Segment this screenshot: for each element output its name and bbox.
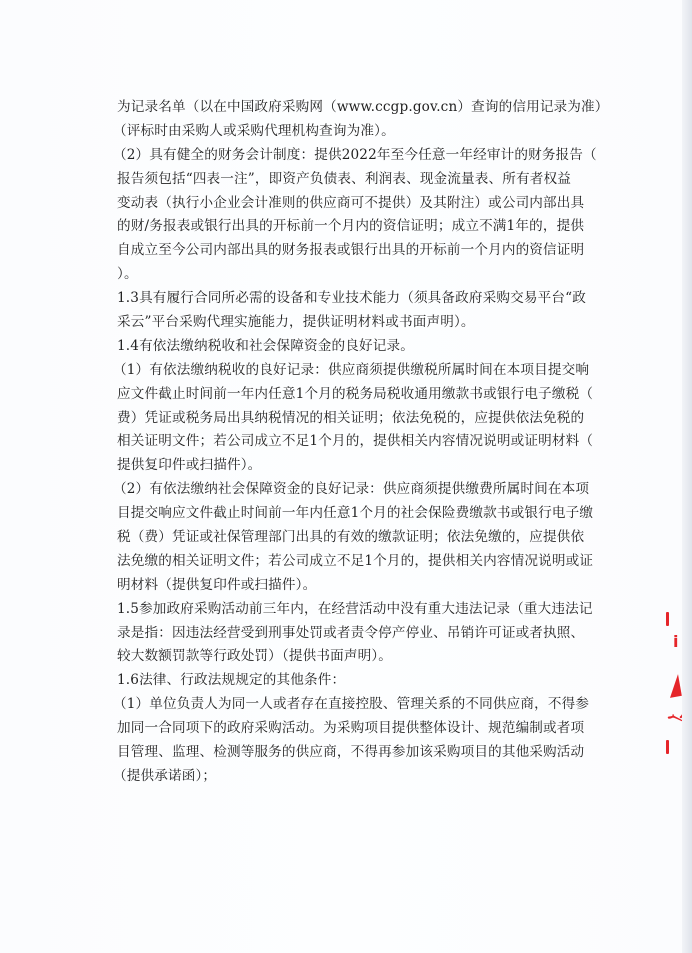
body-line: 法免缴的相关证明文件；若公司成立不足1个月的，提供相关内容情况说明或证 <box>117 550 603 574</box>
body-line: （2）具有健全的财务会计制度：提供2022年至今任意一年经审计的财务报告（ <box>113 144 603 168</box>
body-line: 的财/务报表或银行出具的开标前一个月内的资信证明；成立不满1年的，提供 <box>117 215 603 239</box>
document-body: 为记录名单（以在中国政府采购网（www.ccgp.gov.cn）查询的信用记录为… <box>117 96 603 789</box>
body-line: 加同一合同项下的政府采购活动。为采购项目提供整体设计、规范编制或者项 <box>117 717 603 741</box>
body-line: 采云”平台采购代理实施能力，提供证明材料或书面声明）。 <box>117 311 603 335</box>
section-heading-1-5: 1.5参加政府采购活动前三年内，在经营活动中没有重大违法记录（重大违法记 <box>117 598 603 622</box>
body-line: （评标时由采购人或采购代理机构查询为准）。 <box>113 120 603 144</box>
section-heading-1-4: 1.4有依法缴纳税收和社会保障资金的良好记录。 <box>117 335 603 359</box>
stamp-star-icon <box>666 674 682 698</box>
body-line: 税（费）凭证或社保管理部门出具的有效的缴款证明；依法免缴的，应提供依 <box>117 526 603 550</box>
body-line: 为记录名单（以在中国政府采购网（www.ccgp.gov.cn）查询的信用记录为… <box>117 96 603 120</box>
body-line: 相关证明文件；若公司成立不足1个月的，提供相关内容情况说明或证明材料（ <box>117 430 603 454</box>
body-line: （1）单位负责人为同一人或者存在直接控股、管理关系的不同供应商，不得参 <box>113 693 603 717</box>
scanned-page: 为记录名单（以在中国政府采购网（www.ccgp.gov.cn）查询的信用记录为… <box>0 0 692 953</box>
section-heading-1-6: 1.6法律、行政法规规定的其他条件： <box>117 669 603 693</box>
body-line: 提供复印件或扫描件）。 <box>117 454 603 478</box>
body-line: 较大数额罚款等行政处罚）（提供书面声明）。 <box>117 645 603 669</box>
body-line: （2）有依法缴纳社会保障资金的良好记录：供应商须提供缴费所属时间在本项 <box>113 478 603 502</box>
body-line: 应文件截止时间前一年内任意1个月的税务局税收通用缴款书或银行电子缴税（ <box>117 383 603 407</box>
body-line: 目提交响应文件截止时间前一年内任意1个月的社会保险费缴款书或银行电子缴 <box>117 502 603 526</box>
body-line: 变动表（执行小企业会计准则的供应商可不提供）及其附注）或公司内部出具 <box>117 192 603 216</box>
stamp-mark <box>666 740 669 754</box>
body-line: （1）有依法缴纳税收的良好记录：供应商须提供缴税所属时间在本项目提交响 <box>113 359 603 383</box>
body-line: （提供承诺函）； <box>113 765 603 789</box>
body-line: 自成立至今公司内部出具的财务报表或银行出具的开标前一个月内的资信证明 <box>117 239 603 263</box>
body-line: ）。 <box>117 263 603 287</box>
stamp-glyph: i <box>673 632 678 651</box>
body-line: 报告须包括“四表一注”，即资产负债表、利润表、现金流量表、所有者权益 <box>117 168 603 192</box>
body-line: 目管理、监理、检测等服务的供应商，不得再参加该采购项目的其他采购活动 <box>117 741 603 765</box>
body-line: 明材料（提供复印件或扫描件）。 <box>117 574 603 598</box>
body-line: 费）凭证或税务局出具纳税情况的相关证明；依法免税的，应提供依法免税的 <box>117 407 603 431</box>
section-heading-1-3: 1.3具有履行合同所必需的设备和专业技术能力（须具备政府采购交易平台“政 <box>117 287 603 311</box>
body-line: 录是指：因违法经营受到刑事处罚或者责令停产停业、吊销许可证或者执照、 <box>117 622 603 646</box>
page-edge-shadow <box>682 0 692 953</box>
stamp-mark <box>666 612 669 626</box>
